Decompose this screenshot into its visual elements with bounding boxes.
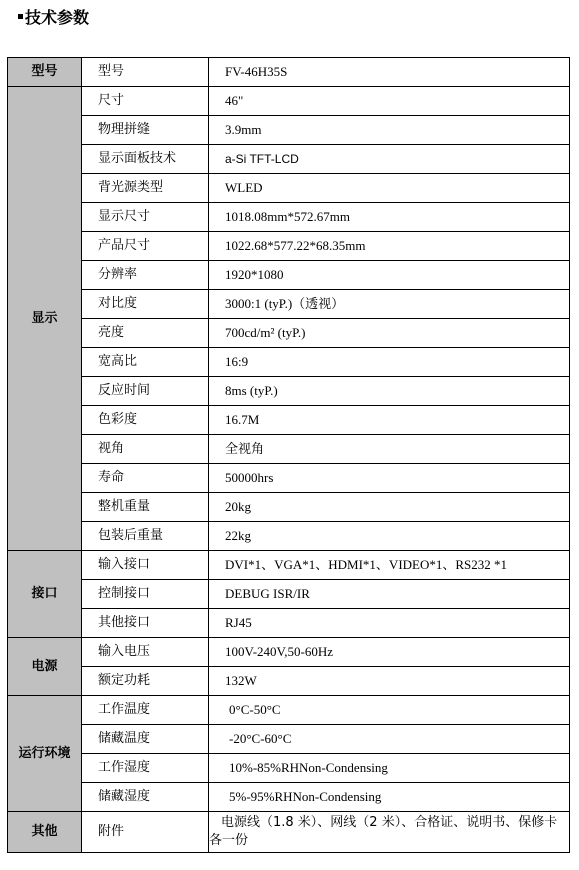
category-cell-other: 其他: [8, 812, 82, 853]
param-value: 全视角: [209, 435, 570, 464]
param-label: 其他接口: [82, 609, 209, 638]
table-row: 视角 全视角: [8, 435, 570, 464]
param-label: 显示尺寸: [82, 203, 209, 232]
param-label: 色彩度: [82, 406, 209, 435]
param-value: DEBUG ISR/IR: [209, 580, 570, 609]
param-value: 100V-240V,50-60Hz: [209, 638, 570, 667]
param-value: WLED: [209, 174, 570, 203]
table-row: 储藏湿度 5%-95%RHNon-Condensing: [8, 783, 570, 812]
param-value: 电源线（1.8 米）、网线（2 米）、合格证、说明书、保修卡各一份: [209, 812, 570, 853]
param-label: 储藏湿度: [82, 783, 209, 812]
param-value: 3.9mm: [209, 116, 570, 145]
table-row: 分辨率 1920*1080: [8, 261, 570, 290]
param-value: RJ45: [209, 609, 570, 638]
param-value: FV-46H35S: [209, 58, 570, 87]
table-row: 工作湿度 10%-85%RHNon-Condensing: [8, 754, 570, 783]
table-row: 控制接口 DEBUG ISR/IR: [8, 580, 570, 609]
table-row: 运行环境 工作温度 0°C-50°C: [8, 696, 570, 725]
param-label: 视角: [82, 435, 209, 464]
param-value: DVI*1、VGA*1、HDMI*1、VIDEO*1、RS232 *1: [209, 551, 570, 580]
param-label: 尺寸: [82, 87, 209, 116]
table-row: 额定功耗 132W: [8, 667, 570, 696]
param-value: 10%-85%RHNon-Condensing: [209, 754, 570, 783]
param-label: 工作温度: [82, 696, 209, 725]
param-value: 700cd/m² (tyP.): [209, 319, 570, 348]
param-label: 对比度: [82, 290, 209, 319]
square-bullet-icon: [18, 14, 23, 19]
param-label: 寿命: [82, 464, 209, 493]
table-row: 寿命 50000hrs: [8, 464, 570, 493]
param-value: 132W: [209, 667, 570, 696]
param-value: 5%-95%RHNon-Condensing: [209, 783, 570, 812]
param-value: 3000:1 (tyP.)（透视）: [209, 290, 570, 319]
param-label: 背光源类型: [82, 174, 209, 203]
table-row: 显示面板技术 a-Si TFT-LCD: [8, 145, 570, 174]
param-label: 物理拼缝: [82, 116, 209, 145]
param-label: 工作湿度: [82, 754, 209, 783]
section-heading-text: 技术参数: [25, 8, 89, 27]
param-label: 额定功耗: [82, 667, 209, 696]
param-label: 反应时间: [82, 377, 209, 406]
table-row: 整机重量 20kg: [8, 493, 570, 522]
param-label: 输入电压: [82, 638, 209, 667]
category-cell-display: 显示: [8, 87, 82, 551]
table-row: 反应时间 8ms (tyP.): [8, 377, 570, 406]
table-row: 型号 型号 FV-46H35S: [8, 58, 570, 87]
param-value: 16:9: [209, 348, 570, 377]
param-label: 储藏温度: [82, 725, 209, 754]
param-value: 46": [209, 87, 570, 116]
param-value: 1920*1080: [209, 261, 570, 290]
table-row: 亮度 700cd/m² (tyP.): [8, 319, 570, 348]
table-row: 包装后重量 22kg: [8, 522, 570, 551]
table-row: 其他接口 RJ45: [8, 609, 570, 638]
table-row: 显示 尺寸 46": [8, 87, 570, 116]
param-value: 8ms (tyP.): [209, 377, 570, 406]
param-value: 0°C-50°C: [209, 696, 570, 725]
spec-table: 型号 型号 FV-46H35S 显示 尺寸 46" 物理拼缝 3.9mm 显示面…: [7, 57, 570, 853]
param-label: 分辨率: [82, 261, 209, 290]
param-label: 控制接口: [82, 580, 209, 609]
param-value: 1018.08mm*572.67mm: [209, 203, 570, 232]
param-label: 型号: [82, 58, 209, 87]
category-cell-model: 型号: [8, 58, 82, 87]
category-cell-interface: 接口: [8, 551, 82, 638]
category-cell-power: 电源: [8, 638, 82, 696]
param-label: 附件: [82, 812, 209, 853]
section-heading: 技术参数: [18, 5, 89, 28]
table-row: 物理拼缝 3.9mm: [8, 116, 570, 145]
category-cell-environment: 运行环境: [8, 696, 82, 812]
table-row: 色彩度 16.7M: [8, 406, 570, 435]
param-value: 1022.68*577.22*68.35mm: [209, 232, 570, 261]
table-row: 其他 附件 电源线（1.8 米）、网线（2 米）、合格证、说明书、保修卡各一份: [8, 812, 570, 853]
table-row: 产品尺寸 1022.68*577.22*68.35mm: [8, 232, 570, 261]
param-label: 宽高比: [82, 348, 209, 377]
param-value: -20°C-60°C: [209, 725, 570, 754]
param-value: 16.7M: [209, 406, 570, 435]
param-label: 整机重量: [82, 493, 209, 522]
param-label: 产品尺寸: [82, 232, 209, 261]
param-label: 显示面板技术: [82, 145, 209, 174]
param-label: 输入接口: [82, 551, 209, 580]
param-label: 包装后重量: [82, 522, 209, 551]
table-row: 宽高比 16:9: [8, 348, 570, 377]
param-value: 22kg: [209, 522, 570, 551]
table-row: 电源 输入电压 100V-240V,50-60Hz: [8, 638, 570, 667]
table-row: 接口 输入接口 DVI*1、VGA*1、HDMI*1、VIDEO*1、RS232…: [8, 551, 570, 580]
table-row: 储藏温度 -20°C-60°C: [8, 725, 570, 754]
table-row: 对比度 3000:1 (tyP.)（透视）: [8, 290, 570, 319]
param-value: 20kg: [209, 493, 570, 522]
param-label: 亮度: [82, 319, 209, 348]
param-value: a-Si TFT-LCD: [209, 145, 570, 174]
param-value: 50000hrs: [209, 464, 570, 493]
table-row: 显示尺寸 1018.08mm*572.67mm: [8, 203, 570, 232]
table-row: 背光源类型 WLED: [8, 174, 570, 203]
